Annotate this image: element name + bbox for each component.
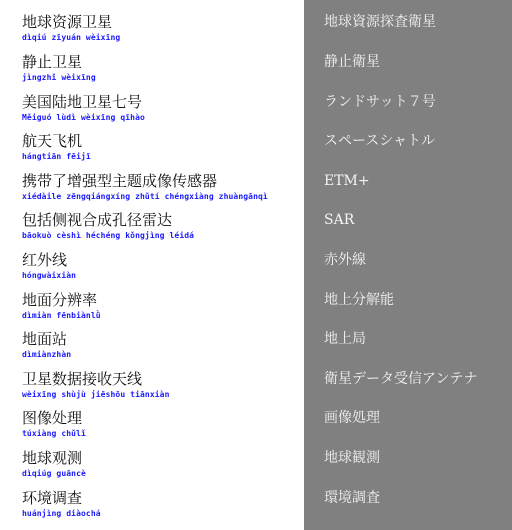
japanese-term-1: 静止衛星 bbox=[324, 53, 380, 71]
chinese-column: 地球资源卫星 dìqiú zīyuán wèixīng 静止卫星 jìngzhǐ… bbox=[0, 0, 304, 530]
pinyin: xiédàile zēngqiángxíng zhǔtí chéngxiàng … bbox=[22, 192, 268, 202]
chinese-term-10: 图像处理 túxiàng chǔlǐ bbox=[22, 409, 304, 449]
chinese-word: 地面分辨率 bbox=[22, 291, 97, 309]
chinese-term-1: 静止卫星 jìngzhǐ wèixīng bbox=[22, 53, 304, 93]
pinyin: dìmiàn fēnbiànlǜ bbox=[22, 311, 101, 321]
chinese-term-3: 航天飞机 hángtiān fēijī bbox=[22, 132, 304, 172]
japanese-term-4: ETM+ bbox=[324, 172, 370, 190]
japanese-term-5: SAR bbox=[324, 211, 354, 229]
vocabulary-page: 地球资源卫星 dìqiú zīyuán wèixīng 静止卫星 jìngzhǐ… bbox=[0, 0, 512, 530]
chinese-word: 卫星数据接收天线 bbox=[22, 370, 142, 388]
chinese-word: 地面站 bbox=[22, 330, 67, 348]
japanese-term-12: 環境調査 bbox=[324, 489, 380, 507]
chinese-term-12: 环境调查 huánjìng diàochá bbox=[22, 489, 304, 529]
chinese-word: 航天飞机 bbox=[22, 132, 82, 150]
pinyin: dìqiúg guāncè bbox=[22, 469, 86, 479]
japanese-term-2: ランドサット７号 bbox=[324, 93, 436, 111]
chinese-term-9: 卫星数据接收天线 wèixīng shùjù jiēshōu tiānxiàn bbox=[22, 370, 304, 410]
japanese-term-6: 赤外線 bbox=[324, 251, 366, 269]
chinese-word: 地球资源卫星 bbox=[22, 13, 112, 31]
pinyin: bāokuò cèshì héchéng kǒngjìng léidá bbox=[22, 231, 194, 241]
pinyin: Měiguó lùdì wèixīng qīhào bbox=[22, 113, 145, 123]
chinese-term-8: 地面站 dìmiànzhàn bbox=[22, 330, 304, 370]
chinese-term-5: 包括侧视合成孔径雷达 bāokuò cèshì héchéng kǒngjìng… bbox=[22, 211, 304, 251]
chinese-term-4: 携带了增强型主题成像传感器 xiédàile zēngqiángxíng zhǔ… bbox=[22, 172, 304, 212]
japanese-term-9: 衛星データ受信アンテナ bbox=[324, 370, 477, 388]
chinese-term-6: 红外线 hóngwàixiàn bbox=[22, 251, 304, 291]
chinese-term-11: 地球观测 dìqiúg guāncè bbox=[22, 449, 304, 489]
chinese-word: 地球观测 bbox=[22, 449, 82, 467]
chinese-word: 包括侧视合成孔径雷达 bbox=[22, 211, 172, 229]
pinyin: dìmiànzhàn bbox=[22, 350, 71, 360]
japanese-term-3: スペースシャトル bbox=[324, 132, 435, 150]
chinese-word: 环境调查 bbox=[22, 489, 82, 507]
chinese-term-2: 美国陆地卫星七号 Měiguó lùdì wèixīng qīhào bbox=[22, 93, 304, 133]
japanese-term-10: 画像処理 bbox=[324, 409, 380, 427]
chinese-word: 红外线 bbox=[22, 251, 67, 269]
japanese-term-11: 地球観測 bbox=[324, 449, 380, 467]
chinese-term-0: 地球资源卫星 dìqiú zīyuán wèixīng bbox=[22, 13, 304, 53]
chinese-word: 美国陆地卫星七号 bbox=[22, 93, 142, 111]
pinyin: wèixīng shùjù jiēshōu tiānxiàn bbox=[22, 390, 170, 400]
pinyin: dìqiú zīyuán wèixīng bbox=[22, 33, 120, 43]
japanese-term-7: 地上分解能 bbox=[324, 291, 394, 309]
pinyin: hángtiān fēijī bbox=[22, 152, 91, 162]
pinyin: huánjìng diàochá bbox=[22, 509, 101, 519]
pinyin: túxiàng chǔlǐ bbox=[22, 429, 86, 439]
pinyin: hóngwàixiàn bbox=[22, 271, 76, 281]
chinese-word: 携带了增强型主题成像传感器 bbox=[22, 172, 217, 190]
japanese-term-0: 地球資源探査衛星 bbox=[324, 13, 436, 31]
chinese-word: 静止卫星 bbox=[22, 53, 82, 71]
japanese-term-8: 地上局 bbox=[324, 330, 366, 348]
pinyin: jìngzhǐ wèixīng bbox=[22, 73, 96, 83]
chinese-term-7: 地面分辨率 dìmiàn fēnbiànlǜ bbox=[22, 291, 304, 331]
japanese-column: 地球資源探査衛星 静止衛星 ランドサット７号 スペースシャトル ETM+ SAR… bbox=[304, 0, 512, 530]
chinese-word: 图像处理 bbox=[22, 409, 82, 427]
